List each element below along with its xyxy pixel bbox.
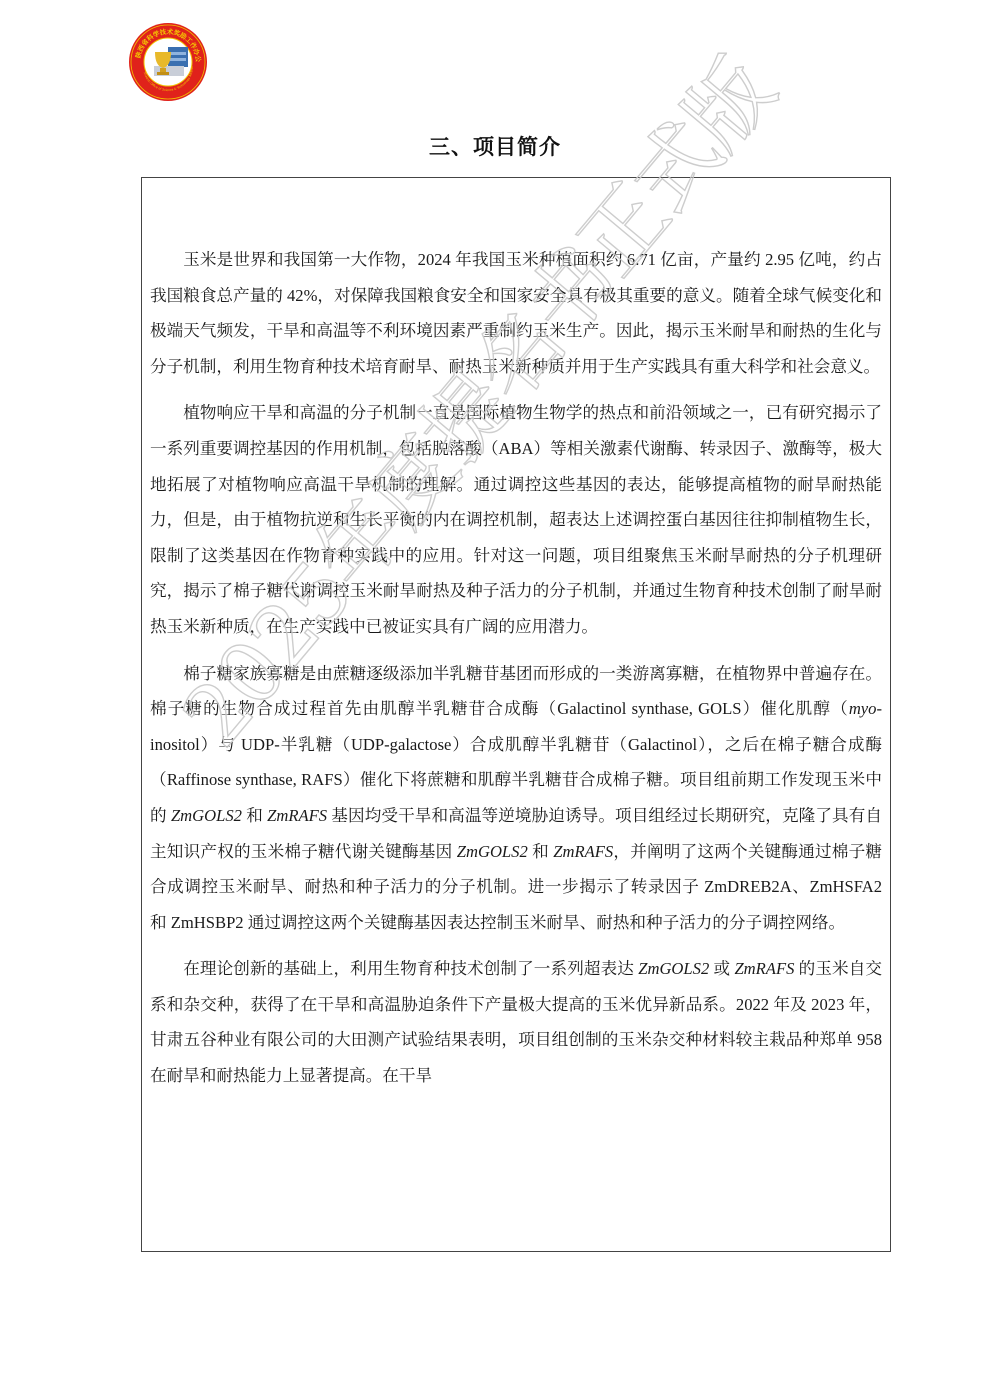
paragraph: 植物响应干旱和高温的分子机制一直是国际植物生物学的热点和前沿领域之一，已有研究揭… (150, 395, 882, 644)
gene-name: ZmRAFS (553, 842, 613, 861)
project-summary-content: 玉米是世界和我国第一大作物，2024 年我国玉米种植面积约 6.71 亿亩，产量… (150, 242, 882, 1105)
gene-name: ZmRAFS (267, 806, 327, 825)
gene-name: ZmRAFS (734, 959, 794, 978)
project-summary-box: 玉米是世界和我国第一大作物，2024 年我国玉米种植面积约 6.71 亿亩，产量… (141, 177, 891, 1252)
paragraph: 在理论创新的基础上，利用生物育种技术创制了一系列超表达 ZmGOLS2 或 Zm… (150, 951, 882, 1093)
gene-name: ZmGOLS2 (638, 959, 709, 978)
paragraph: 棉子糖家族寡糖是由蔗糖逐级添加半乳糖苷基团而形成的一类游离寡糖，在植物界中普遍存… (150, 656, 882, 941)
page-title: 三、项目简介 (0, 131, 990, 161)
gene-name: ZmGOLS2 (457, 842, 528, 861)
paragraph: 玉米是世界和我国第一大作物，2024 年我国玉米种植面积约 6.71 亿亩，产量… (150, 242, 882, 384)
organization-seal-logo: 陕西省科学技术奖励工作办公室 Shaanxi Office of Science… (128, 22, 208, 102)
gene-name: ZmGOLS2 (171, 806, 242, 825)
gene-name: myo (849, 699, 877, 718)
organization-seal-icon: 陕西省科学技术奖励工作办公室 Shaanxi Office of Science… (128, 22, 208, 102)
